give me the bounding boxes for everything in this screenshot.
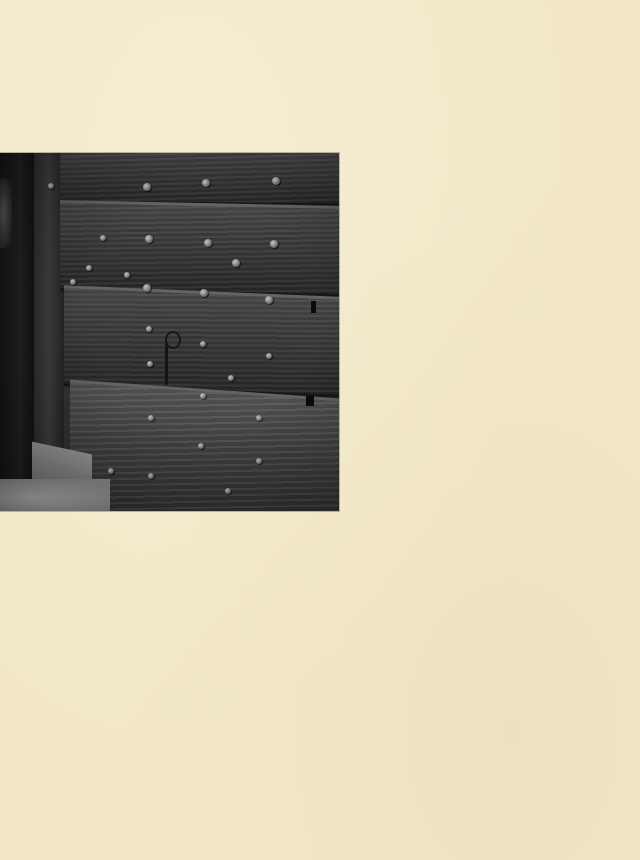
floor <box>0 479 110 511</box>
iron-stud <box>232 259 240 267</box>
iron-stud <box>147 361 153 367</box>
iron-stud <box>256 415 262 421</box>
iron-stud <box>100 235 106 241</box>
iron-stud <box>202 179 210 187</box>
iron-stud <box>225 488 231 494</box>
iron-stud <box>270 240 278 248</box>
iron-stud <box>200 393 206 399</box>
iron-stud <box>272 177 280 185</box>
iron-stud <box>108 468 114 474</box>
iron-stud <box>148 415 154 421</box>
keyhole-slot <box>306 396 314 406</box>
door-photograph <box>0 153 339 511</box>
iron-stud <box>70 279 76 285</box>
iron-stud <box>204 239 212 247</box>
door-plank <box>60 153 339 206</box>
iron-stud <box>48 183 54 189</box>
latch-bar <box>165 343 168 385</box>
iron-stud <box>143 284 151 292</box>
iron-stud <box>266 353 272 359</box>
iron-stud <box>265 296 273 304</box>
keyhole-slot <box>311 301 316 313</box>
latch-handle <box>163 331 177 387</box>
iron-stud <box>228 375 234 381</box>
iron-stud <box>256 458 262 464</box>
iron-stud <box>200 341 206 347</box>
book-page <box>0 0 640 860</box>
iron-stud <box>145 235 153 243</box>
iron-stud <box>200 289 208 297</box>
iron-stud <box>146 326 152 332</box>
door-plank <box>70 380 339 511</box>
door-plank <box>60 200 339 297</box>
iron-stud <box>124 272 130 278</box>
iron-stud <box>148 473 154 479</box>
door-jamb <box>0 153 34 483</box>
iron-stud <box>143 183 151 191</box>
jamb-weathering <box>0 178 12 248</box>
iron-stud <box>198 443 204 449</box>
iron-stud <box>86 265 92 271</box>
